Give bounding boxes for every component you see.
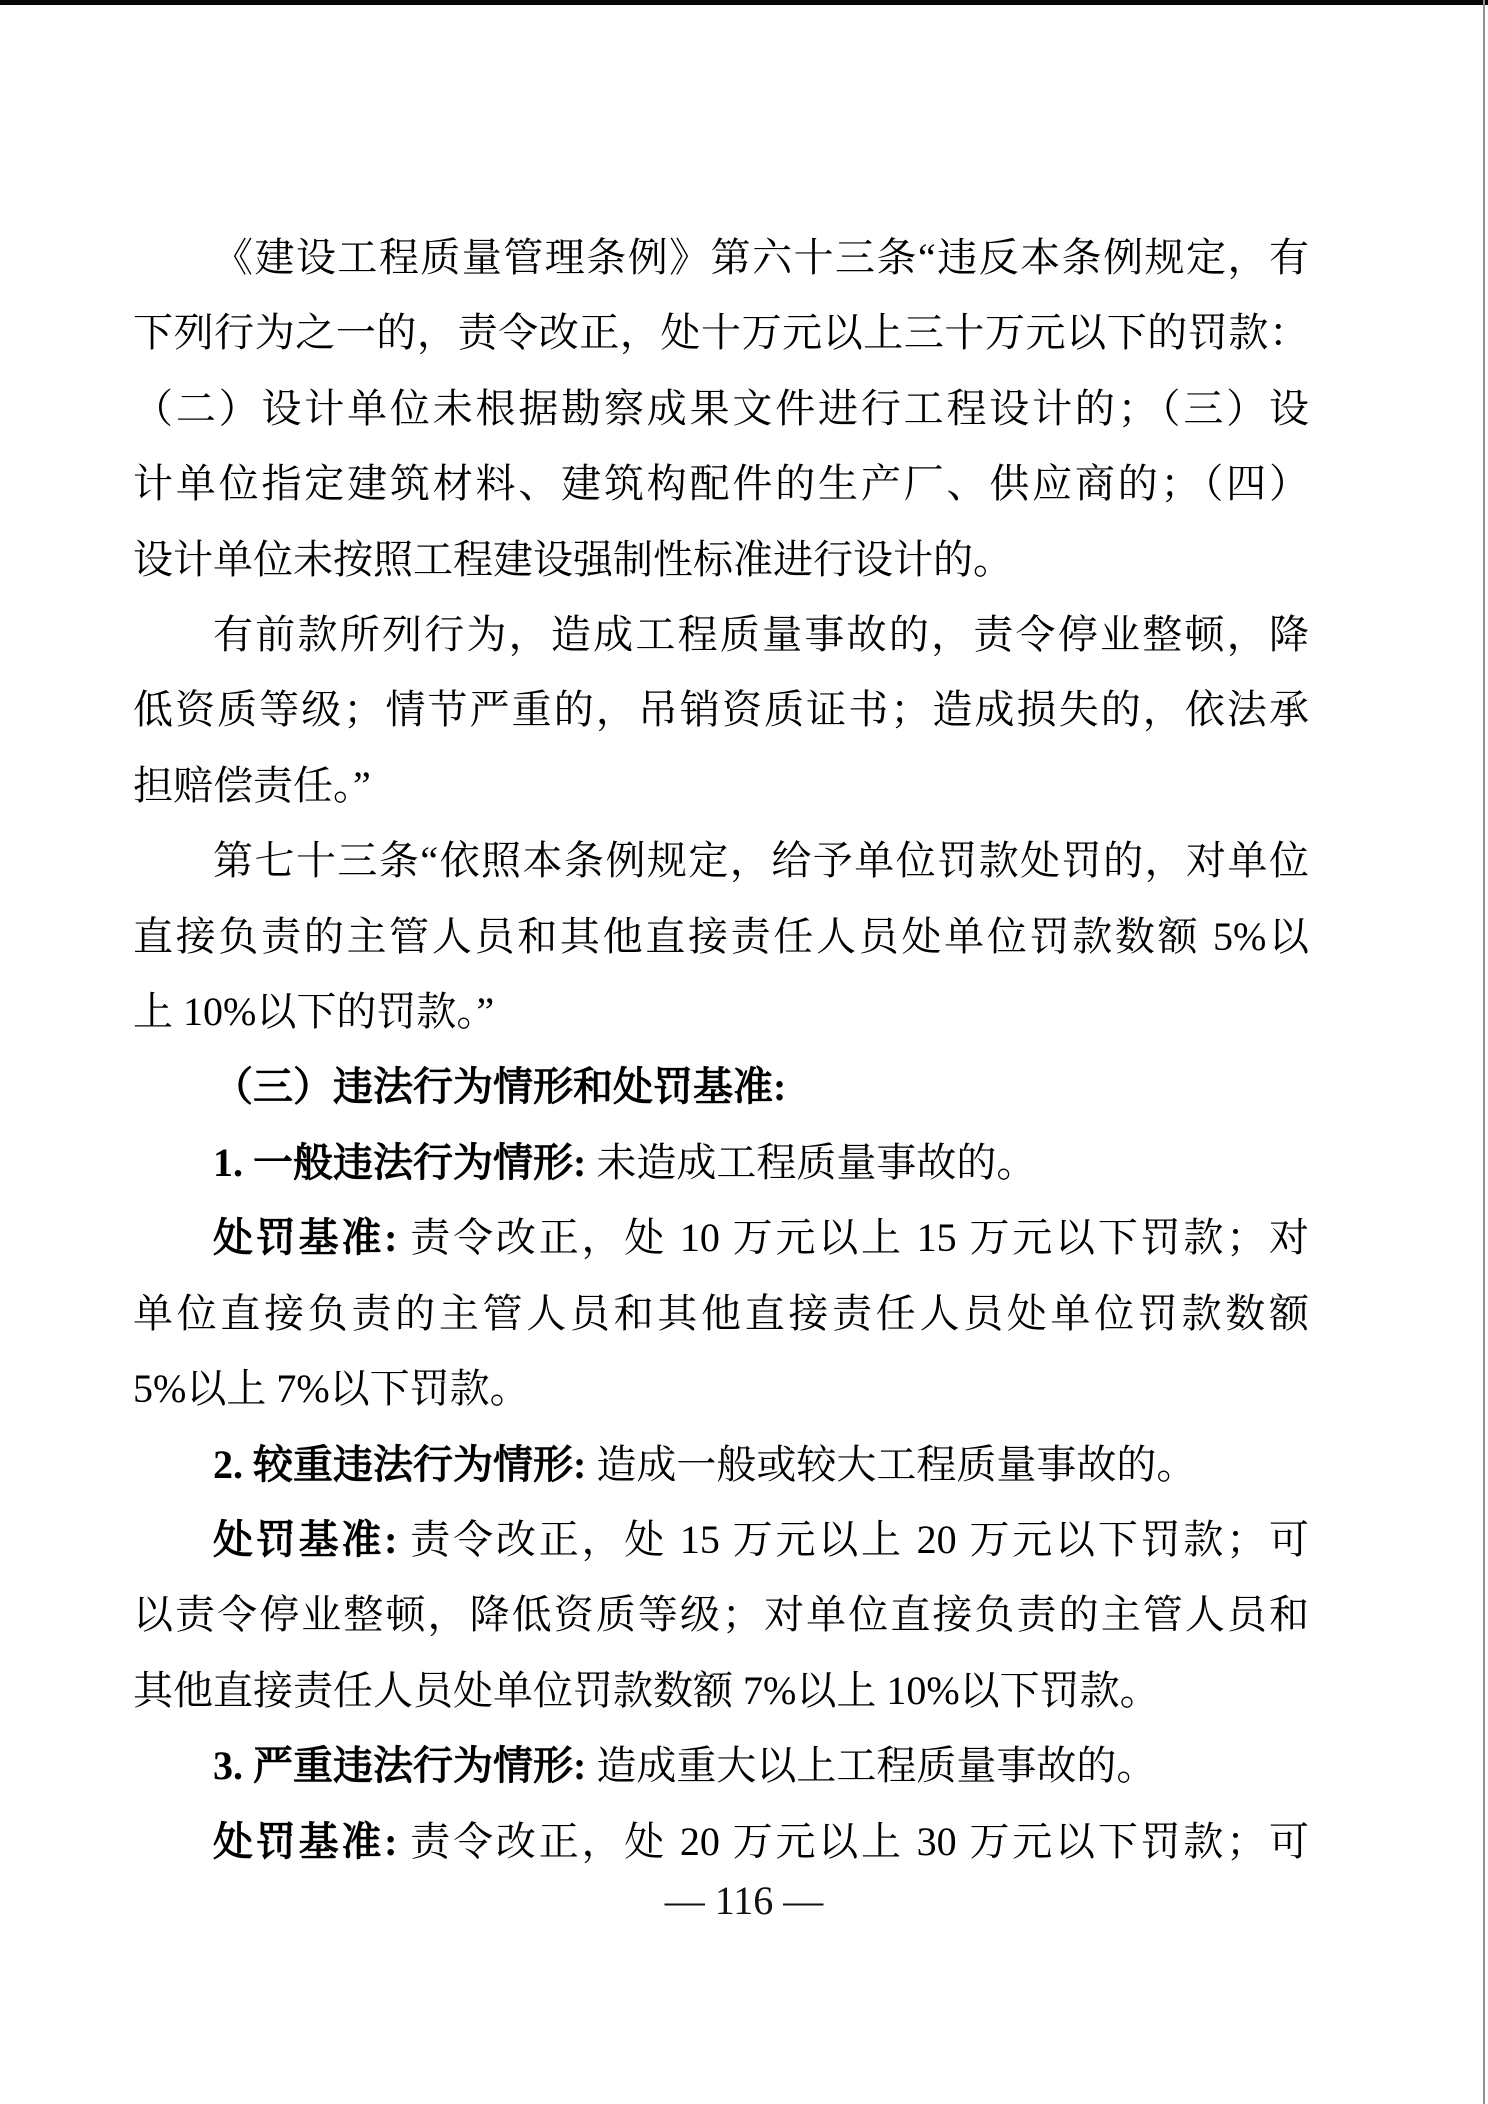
text-run: 5%以上 7%以下罚款。 [133, 1366, 530, 1411]
text-run: 责令改正，处 15 万元以上 20 万元以下罚款；可 [398, 1517, 1310, 1562]
text-line: 其他直接责任人员处单位罚款数额 7%以上 10%以下罚款。 [133, 1653, 1309, 1728]
page-number: — 116 — [0, 1876, 1488, 1926]
scan-edge-right [1483, 0, 1485, 2104]
text-run: 下列行为之一的，责令改正，处十万元以上三十万元以下的罚款： [133, 310, 1309, 355]
text-line: 《建设工程质量管理条例》第六十三条“违反本条例规定，有 [133, 220, 1309, 295]
text-run: 《建设工程质量管理条例》第六十三条“违反本条例规定，有 [213, 235, 1309, 280]
text-run: 有前款所列行为，造成工程质量事故的，责令停业整顿，降 [213, 612, 1309, 657]
text-line: 设计单位未按照工程建设强制性标准进行设计的。 [133, 522, 1309, 597]
text-line: 2. 较重违法行为情形: 造成一般或较大工程质量事故的。 [133, 1427, 1309, 1502]
text-run: 责令改正，处 20 万元以上 30 万元以下罚款；可 [398, 1819, 1310, 1864]
text-line: 上 10%以下的罚款。” [133, 974, 1309, 1049]
bold-text-run: 3. 严重违法行为情形: [213, 1743, 586, 1788]
text-run: 造成重大以上工程质量事故的。 [586, 1743, 1156, 1788]
text-run: 直接负责的主管人员和其他直接责任人员处单位罚款数额 5%以 [133, 914, 1309, 959]
bold-text-run: 处罚基准: [213, 1517, 398, 1562]
text-run: 以责令停业整顿，降低资质等级；对单位直接负责的主管人员和 [133, 1592, 1309, 1637]
text-line: 低资质等级；情节严重的，吊销资质证书；造成损失的，依法承 [133, 672, 1309, 747]
text-line: （三）违法行为情形和处罚基准: [133, 1049, 1309, 1124]
text-line: 单位直接负责的主管人员和其他直接责任人员处单位罚款数额 [133, 1276, 1309, 1351]
text-line: 以责令停业整顿，降低资质等级；对单位直接负责的主管人员和 [133, 1577, 1309, 1652]
scan-edge-top [0, 0, 1488, 5]
text-run: 担赔偿责任。” [133, 763, 371, 808]
bold-text-run: 处罚基准: [213, 1819, 398, 1864]
text-run: 其他直接责任人员处单位罚款数额 7%以上 10%以下罚款。 [133, 1668, 1160, 1713]
text-line: 担赔偿责任。” [133, 748, 1309, 823]
text-run: 设计单位未按照工程建设强制性标准进行设计的。 [133, 537, 1013, 582]
text-line: 处罚基准: 责令改正，处 15 万元以上 20 万元以下罚款；可 [133, 1502, 1309, 1577]
text-run: 责令改正，处 10 万元以上 15 万元以下罚款；对 [398, 1215, 1310, 1260]
text-run: 低资质等级；情节严重的，吊销资质证书；造成损失的，依法承 [133, 687, 1309, 732]
text-line: 3. 严重违法行为情形: 造成重大以上工程质量事故的。 [133, 1728, 1309, 1803]
text-line: 有前款所列行为，造成工程质量事故的，责令停业整顿，降 [133, 597, 1309, 672]
text-line: 直接负责的主管人员和其他直接责任人员处单位罚款数额 5%以 [133, 899, 1309, 974]
text-line: 下列行为之一的，责令改正，处十万元以上三十万元以下的罚款： [133, 295, 1309, 370]
text-line: 1. 一般违法行为情形: 未造成工程质量事故的。 [133, 1125, 1309, 1200]
text-line: 第七十三条“依照本条例规定，给予单位罚款处罚的，对单位 [133, 823, 1309, 898]
bold-text-run: 1. 一般违法行为情形: [213, 1140, 586, 1185]
body-text: 《建设工程质量管理条例》第六十三条“违反本条例规定，有下列行为之一的，责令改正，… [133, 220, 1309, 1879]
bold-text-run: 2. 较重违法行为情形: [213, 1442, 586, 1487]
text-line: 计单位指定建筑材料、建筑构配件的生产厂、供应商的；（四） [133, 446, 1309, 521]
text-run: （二）设计单位未根据勘察成果文件进行工程设计的；（三）设 [133, 386, 1309, 431]
text-line: （二）设计单位未根据勘察成果文件进行工程设计的；（三）设 [133, 371, 1309, 446]
document-page: 《建设工程质量管理条例》第六十三条“违反本条例规定，有下列行为之一的，责令改正，… [0, 0, 1488, 2104]
text-run: 造成一般或较大工程质量事故的。 [586, 1442, 1196, 1487]
text-run: 单位直接负责的主管人员和其他直接责任人员处单位罚款数额 [133, 1291, 1309, 1336]
text-line: 处罚基准: 责令改正，处 20 万元以上 30 万元以下罚款；可 [133, 1804, 1309, 1879]
text-line: 处罚基准: 责令改正，处 10 万元以上 15 万元以下罚款；对 [133, 1200, 1309, 1275]
bold-text-run: （三）违法行为情形和处罚基准: [213, 1064, 786, 1109]
text-run: 第七十三条“依照本条例规定，给予单位罚款处罚的，对单位 [213, 838, 1309, 883]
text-run: 未造成工程质量事故的。 [586, 1140, 1036, 1185]
text-line: 5%以上 7%以下罚款。 [133, 1351, 1309, 1426]
text-run: 上 10%以下的罚款。” [133, 989, 494, 1034]
text-run: 计单位指定建筑材料、建筑构配件的生产厂、供应商的；（四） [133, 461, 1309, 506]
bold-text-run: 处罚基准: [213, 1215, 398, 1260]
